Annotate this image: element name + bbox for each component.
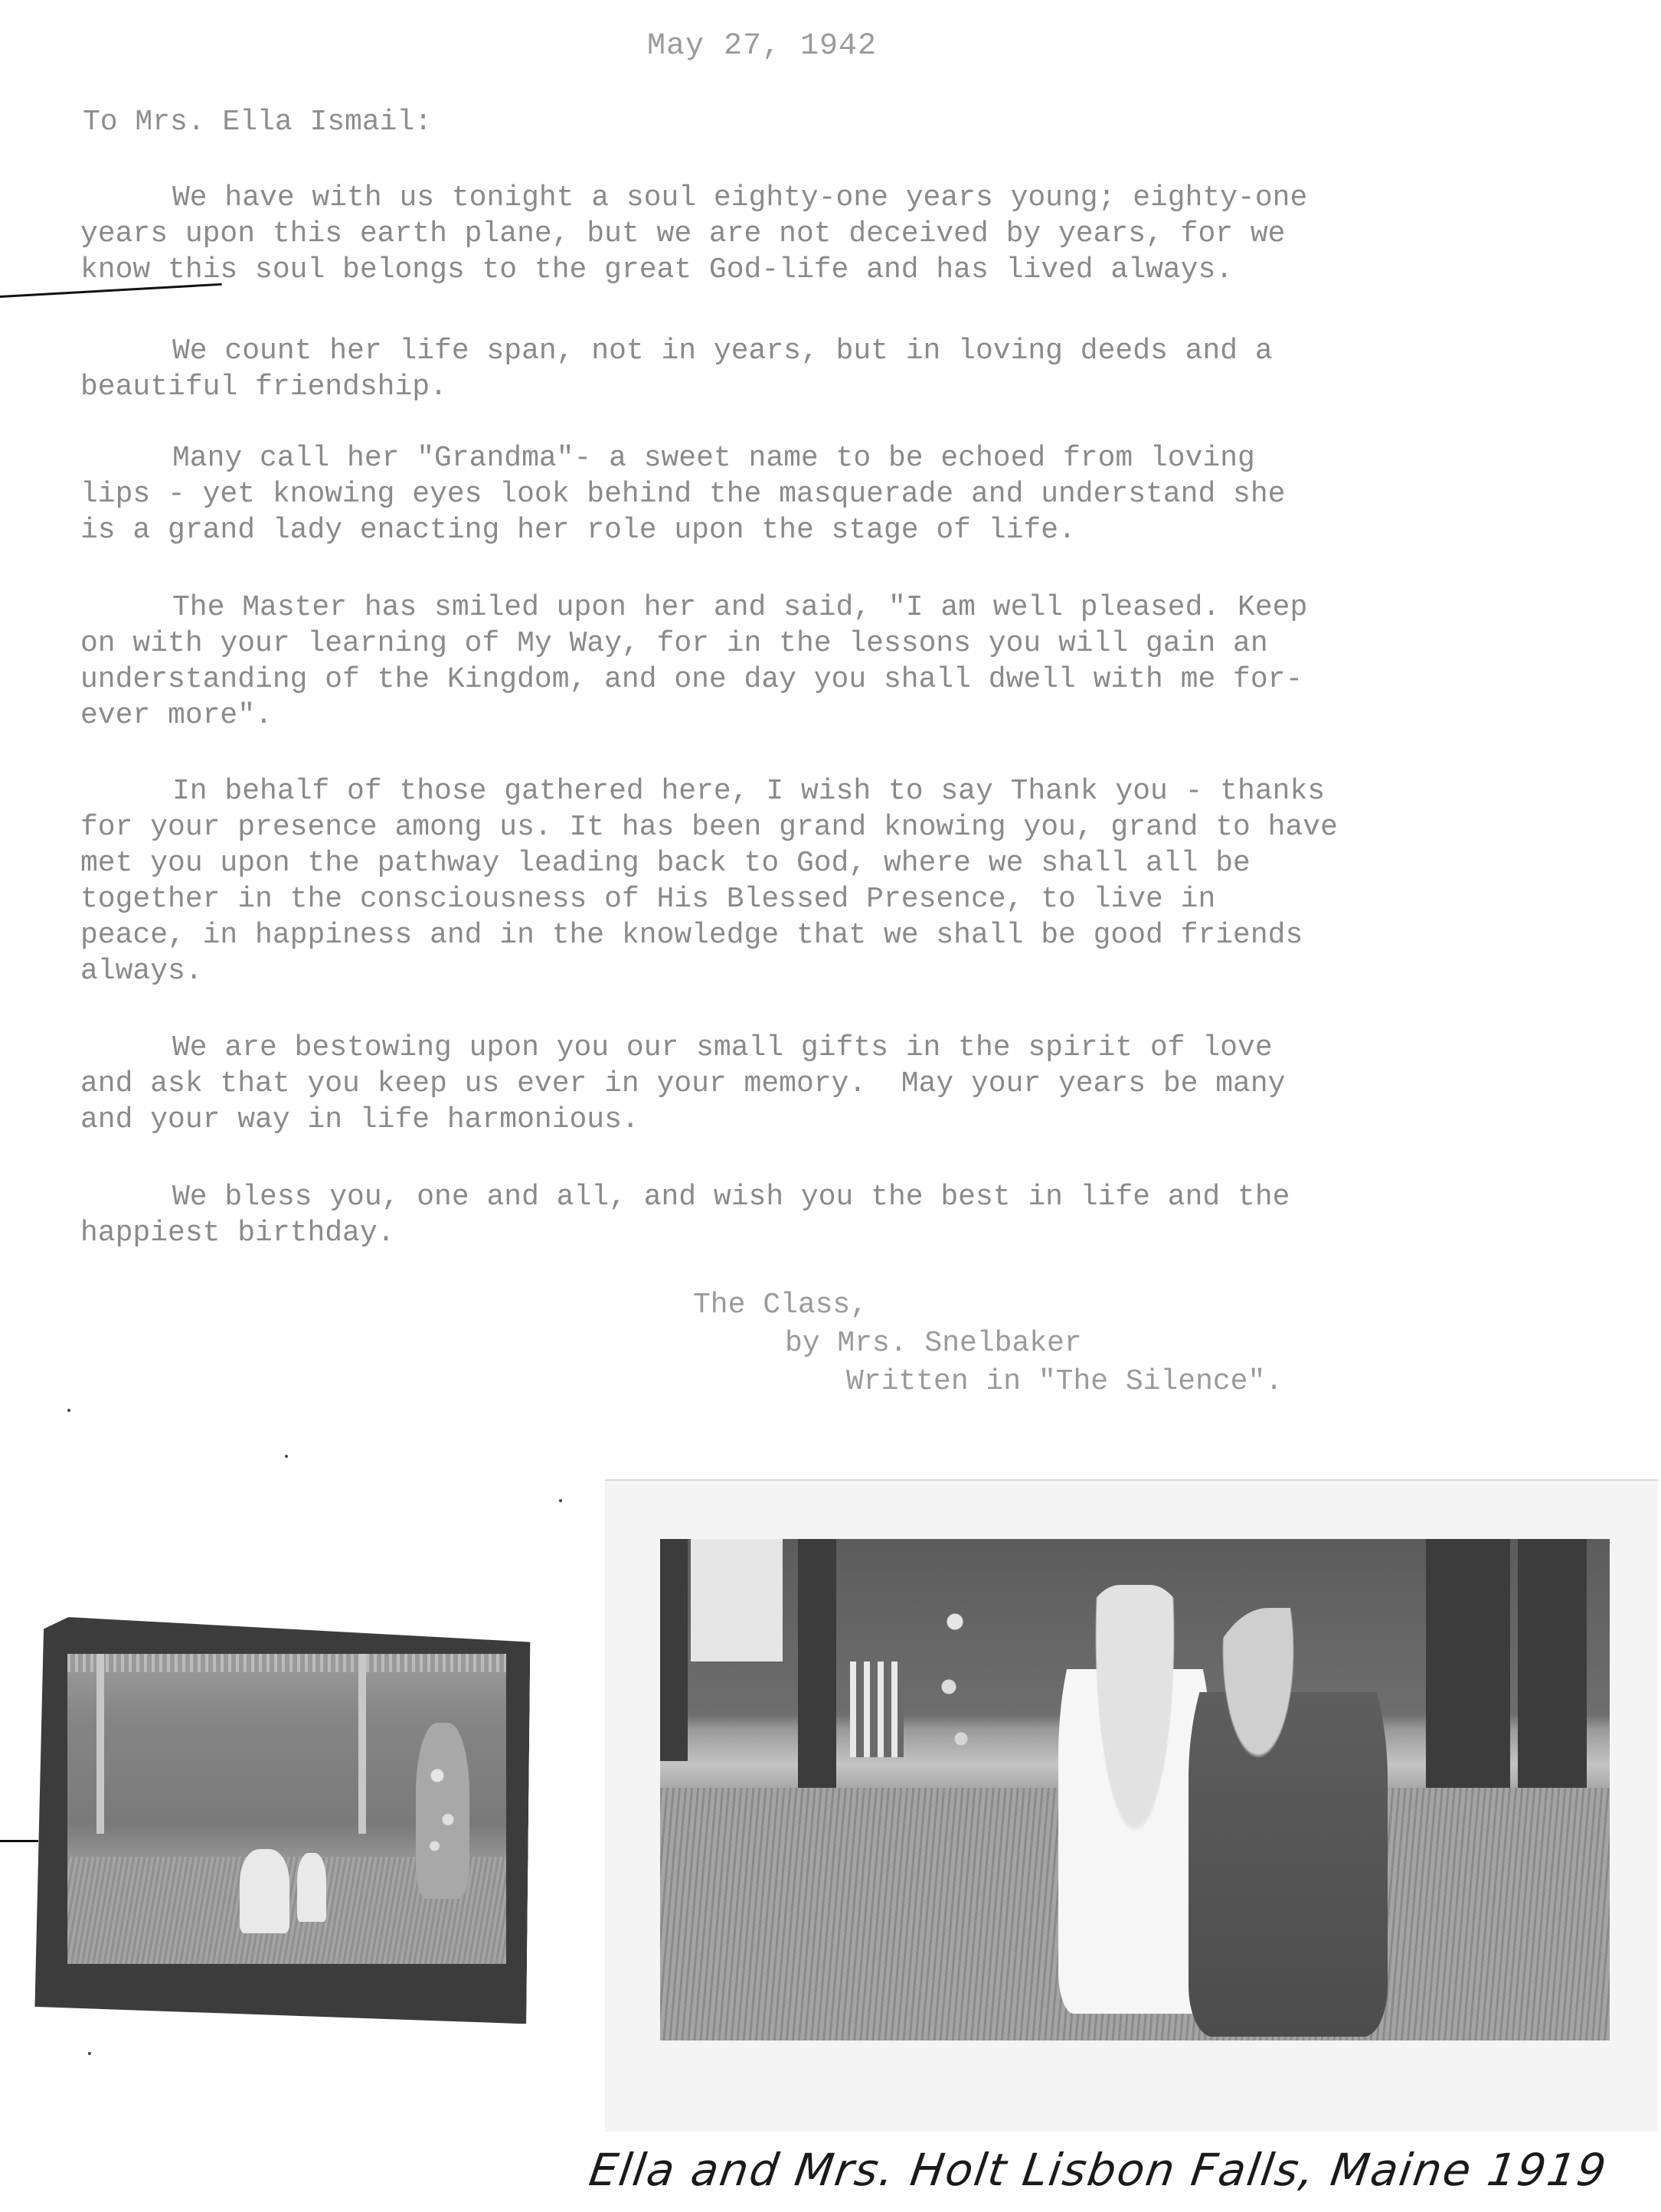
paragraph: We bless you, one and all, and wish you … <box>80 1179 1459 1251</box>
seated-woman <box>240 1849 289 1933</box>
handwritten-caption: Ella and Mrs. Holt Lisbon Falls, Maine 1… <box>586 2144 1610 2196</box>
paragraph-text: In behalf of those gathered here, I wish… <box>80 775 1338 988</box>
signature-author: by Mrs. Snelbaker <box>693 1325 1283 1363</box>
woman-in-dark-dress <box>1189 1608 1388 2037</box>
signature-block: The Class, by Mrs. Snelbaker Written in … <box>693 1286 1283 1401</box>
young-tree <box>416 1723 469 1899</box>
tree-trunk <box>660 1539 688 1761</box>
paragraph-text: We bless you, one and all, and wish you … <box>80 1181 1290 1250</box>
paragraph-text: The Master has smiled upon her and said,… <box>80 591 1307 732</box>
paragraph: We are bestowing upon you our small gift… <box>80 1030 1459 1138</box>
sapling <box>924 1570 986 1830</box>
paragraph-text: We count her life span, not in years, bu… <box>80 335 1273 404</box>
paragraph-text: We are bestowing upon you our small gift… <box>80 1031 1285 1136</box>
salutation: To Mrs. Ella Ismail: <box>83 106 432 139</box>
child <box>297 1853 326 1922</box>
porch-post <box>96 1654 104 1834</box>
scan-speck <box>559 1499 562 1502</box>
porch-roof <box>67 1654 506 1672</box>
signature-note: Written in "The Silence". <box>693 1363 1283 1401</box>
background-building <box>691 1539 783 1661</box>
letter-date: May 27, 1942 <box>647 29 877 64</box>
paragraph: Many call her "Grandma"- a sweet name to… <box>80 440 1459 548</box>
right-photo <box>660 1539 1610 2040</box>
paragraph: We count her life span, not in years, bu… <box>80 333 1459 405</box>
tree-trunk <box>1518 1539 1587 1815</box>
paragraph: The Master has smiled upon her and said,… <box>80 590 1459 734</box>
signature-line: The Class, <box>693 1286 1283 1325</box>
paragraph-text: We have with us tonight a soul eighty-on… <box>80 181 1307 286</box>
porch-post <box>358 1654 366 1834</box>
margin-pen-mark <box>0 1840 38 1842</box>
paragraph-text: Many call her "Grandma"- a sweet name to… <box>80 442 1285 547</box>
paragraph: In behalf of those gathered here, I wish… <box>80 773 1459 989</box>
paragraph: We have with us tonight a soul eighty-on… <box>80 180 1459 288</box>
scan-speck <box>88 2052 91 2055</box>
fence <box>850 1661 904 1757</box>
scan-speck <box>67 1409 70 1412</box>
left-photo <box>67 1654 506 1964</box>
tree-trunk <box>798 1539 836 1792</box>
scan-speck <box>285 1455 288 1458</box>
